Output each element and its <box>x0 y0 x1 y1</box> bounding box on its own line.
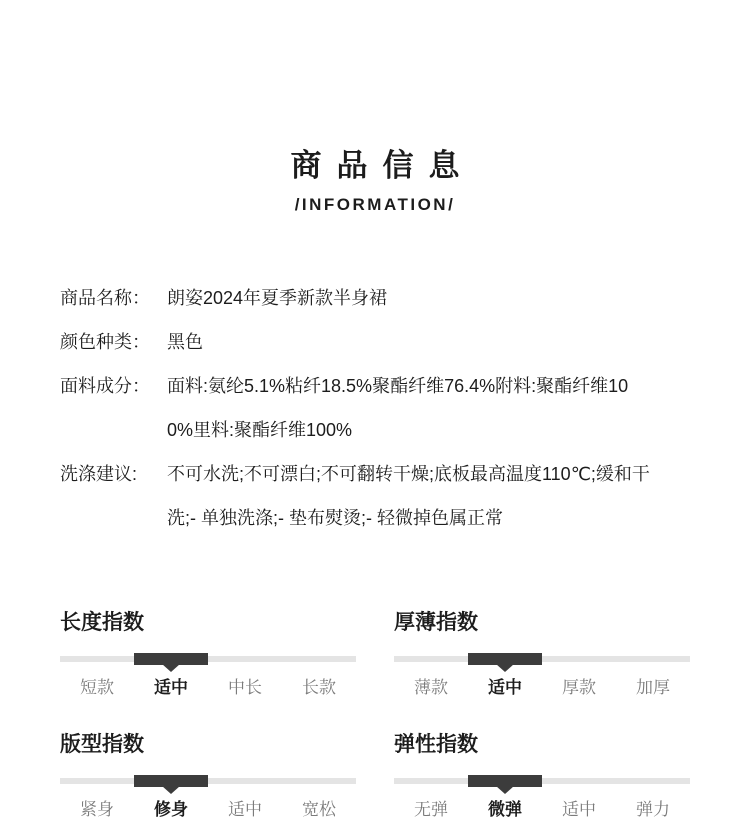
index-section-elasticity: 弹性指数 无弹 微弹 适中 弹力 <box>394 732 690 822</box>
info-value: 面料:氨纶5.1%粘纤18.5%聚酯纤维76.4%附料:聚酯纤维10 0%里料:… <box>167 364 690 452</box>
caret-down-icon <box>496 664 514 672</box>
info-label: 洗涤建议: <box>60 452 167 496</box>
page-title: 商品信息 <box>0 146 750 186</box>
index-options: 紧身 修身 适中 宽松 <box>60 798 356 822</box>
slider-segment <box>468 775 542 787</box>
info-row-color: 颜色种类： 黑色 <box>60 320 690 364</box>
slider-segment <box>134 775 208 787</box>
index-option: 中长 <box>208 676 282 700</box>
slider-segment <box>134 653 208 665</box>
index-options: 短款 适中 中长 长款 <box>60 676 356 700</box>
index-option: 修身 <box>134 798 208 822</box>
caret-down-icon <box>162 664 180 672</box>
product-info-page: 商品信息 /INFORMATION/ 商品名称： 朗姿2024年夏季新款半身裙 … <box>0 0 750 822</box>
index-option: 微弹 <box>468 798 542 822</box>
index-option: 薄款 <box>394 676 468 700</box>
info-row-washing: 洗涤建议: 不可水洗;不可漂白;不可翻转干燥;底板最高温度110℃;缓和干 洗;… <box>60 452 690 540</box>
index-title: 厚薄指数 <box>394 610 690 636</box>
index-slider <box>394 656 690 662</box>
index-options: 无弹 微弹 适中 弹力 <box>394 798 690 822</box>
index-option: 适中 <box>134 676 208 700</box>
index-options: 薄款 适中 厚款 加厚 <box>394 676 690 700</box>
index-title: 弹性指数 <box>394 732 690 758</box>
index-title: 长度指数 <box>60 610 356 636</box>
index-section-length: 长度指数 短款 适中 中长 长款 <box>60 610 356 700</box>
index-option: 宽松 <box>282 798 356 822</box>
index-option: 紧身 <box>60 798 134 822</box>
index-option: 加厚 <box>616 676 690 700</box>
index-option: 无弹 <box>394 798 468 822</box>
info-label: 颜色种类： <box>60 320 167 364</box>
index-grid: 长度指数 短款 适中 中长 长款 厚薄指数 薄款 适中 <box>0 610 750 822</box>
caret-down-icon <box>162 786 180 794</box>
slider-segment <box>468 653 542 665</box>
info-row-product-name: 商品名称： 朗姿2024年夏季新款半身裙 <box>60 276 690 320</box>
index-option: 适中 <box>208 798 282 822</box>
index-slider <box>60 656 356 662</box>
index-slider <box>394 778 690 784</box>
index-option: 短款 <box>60 676 134 700</box>
index-title: 版型指数 <box>60 732 356 758</box>
index-section-thickness: 厚薄指数 薄款 适中 厚款 加厚 <box>394 610 690 700</box>
index-option: 适中 <box>468 676 542 700</box>
page-subtitle: /INFORMATION/ <box>0 194 750 216</box>
index-option: 厚款 <box>542 676 616 700</box>
index-option: 弹力 <box>616 798 690 822</box>
index-section-fit: 版型指数 紧身 修身 适中 宽松 <box>60 732 356 822</box>
info-label: 面料成分： <box>60 364 167 408</box>
index-option: 长款 <box>282 676 356 700</box>
index-option: 适中 <box>542 798 616 822</box>
page-header: 商品信息 /INFORMATION/ <box>0 0 750 216</box>
caret-down-icon <box>496 786 514 794</box>
info-value: 朗姿2024年夏季新款半身裙 <box>167 276 690 320</box>
index-slider <box>60 778 356 784</box>
info-value: 黑色 <box>167 320 690 364</box>
info-label: 商品名称： <box>60 276 167 320</box>
info-row-fabric: 面料成分： 面料:氨纶5.1%粘纤18.5%聚酯纤维76.4%附料:聚酯纤维10… <box>60 364 690 452</box>
info-list: 商品名称： 朗姿2024年夏季新款半身裙 颜色种类： 黑色 面料成分： 面料:氨… <box>0 276 750 540</box>
info-value: 不可水洗;不可漂白;不可翻转干燥;底板最高温度110℃;缓和干 洗;- 单独洗涤… <box>167 452 690 540</box>
